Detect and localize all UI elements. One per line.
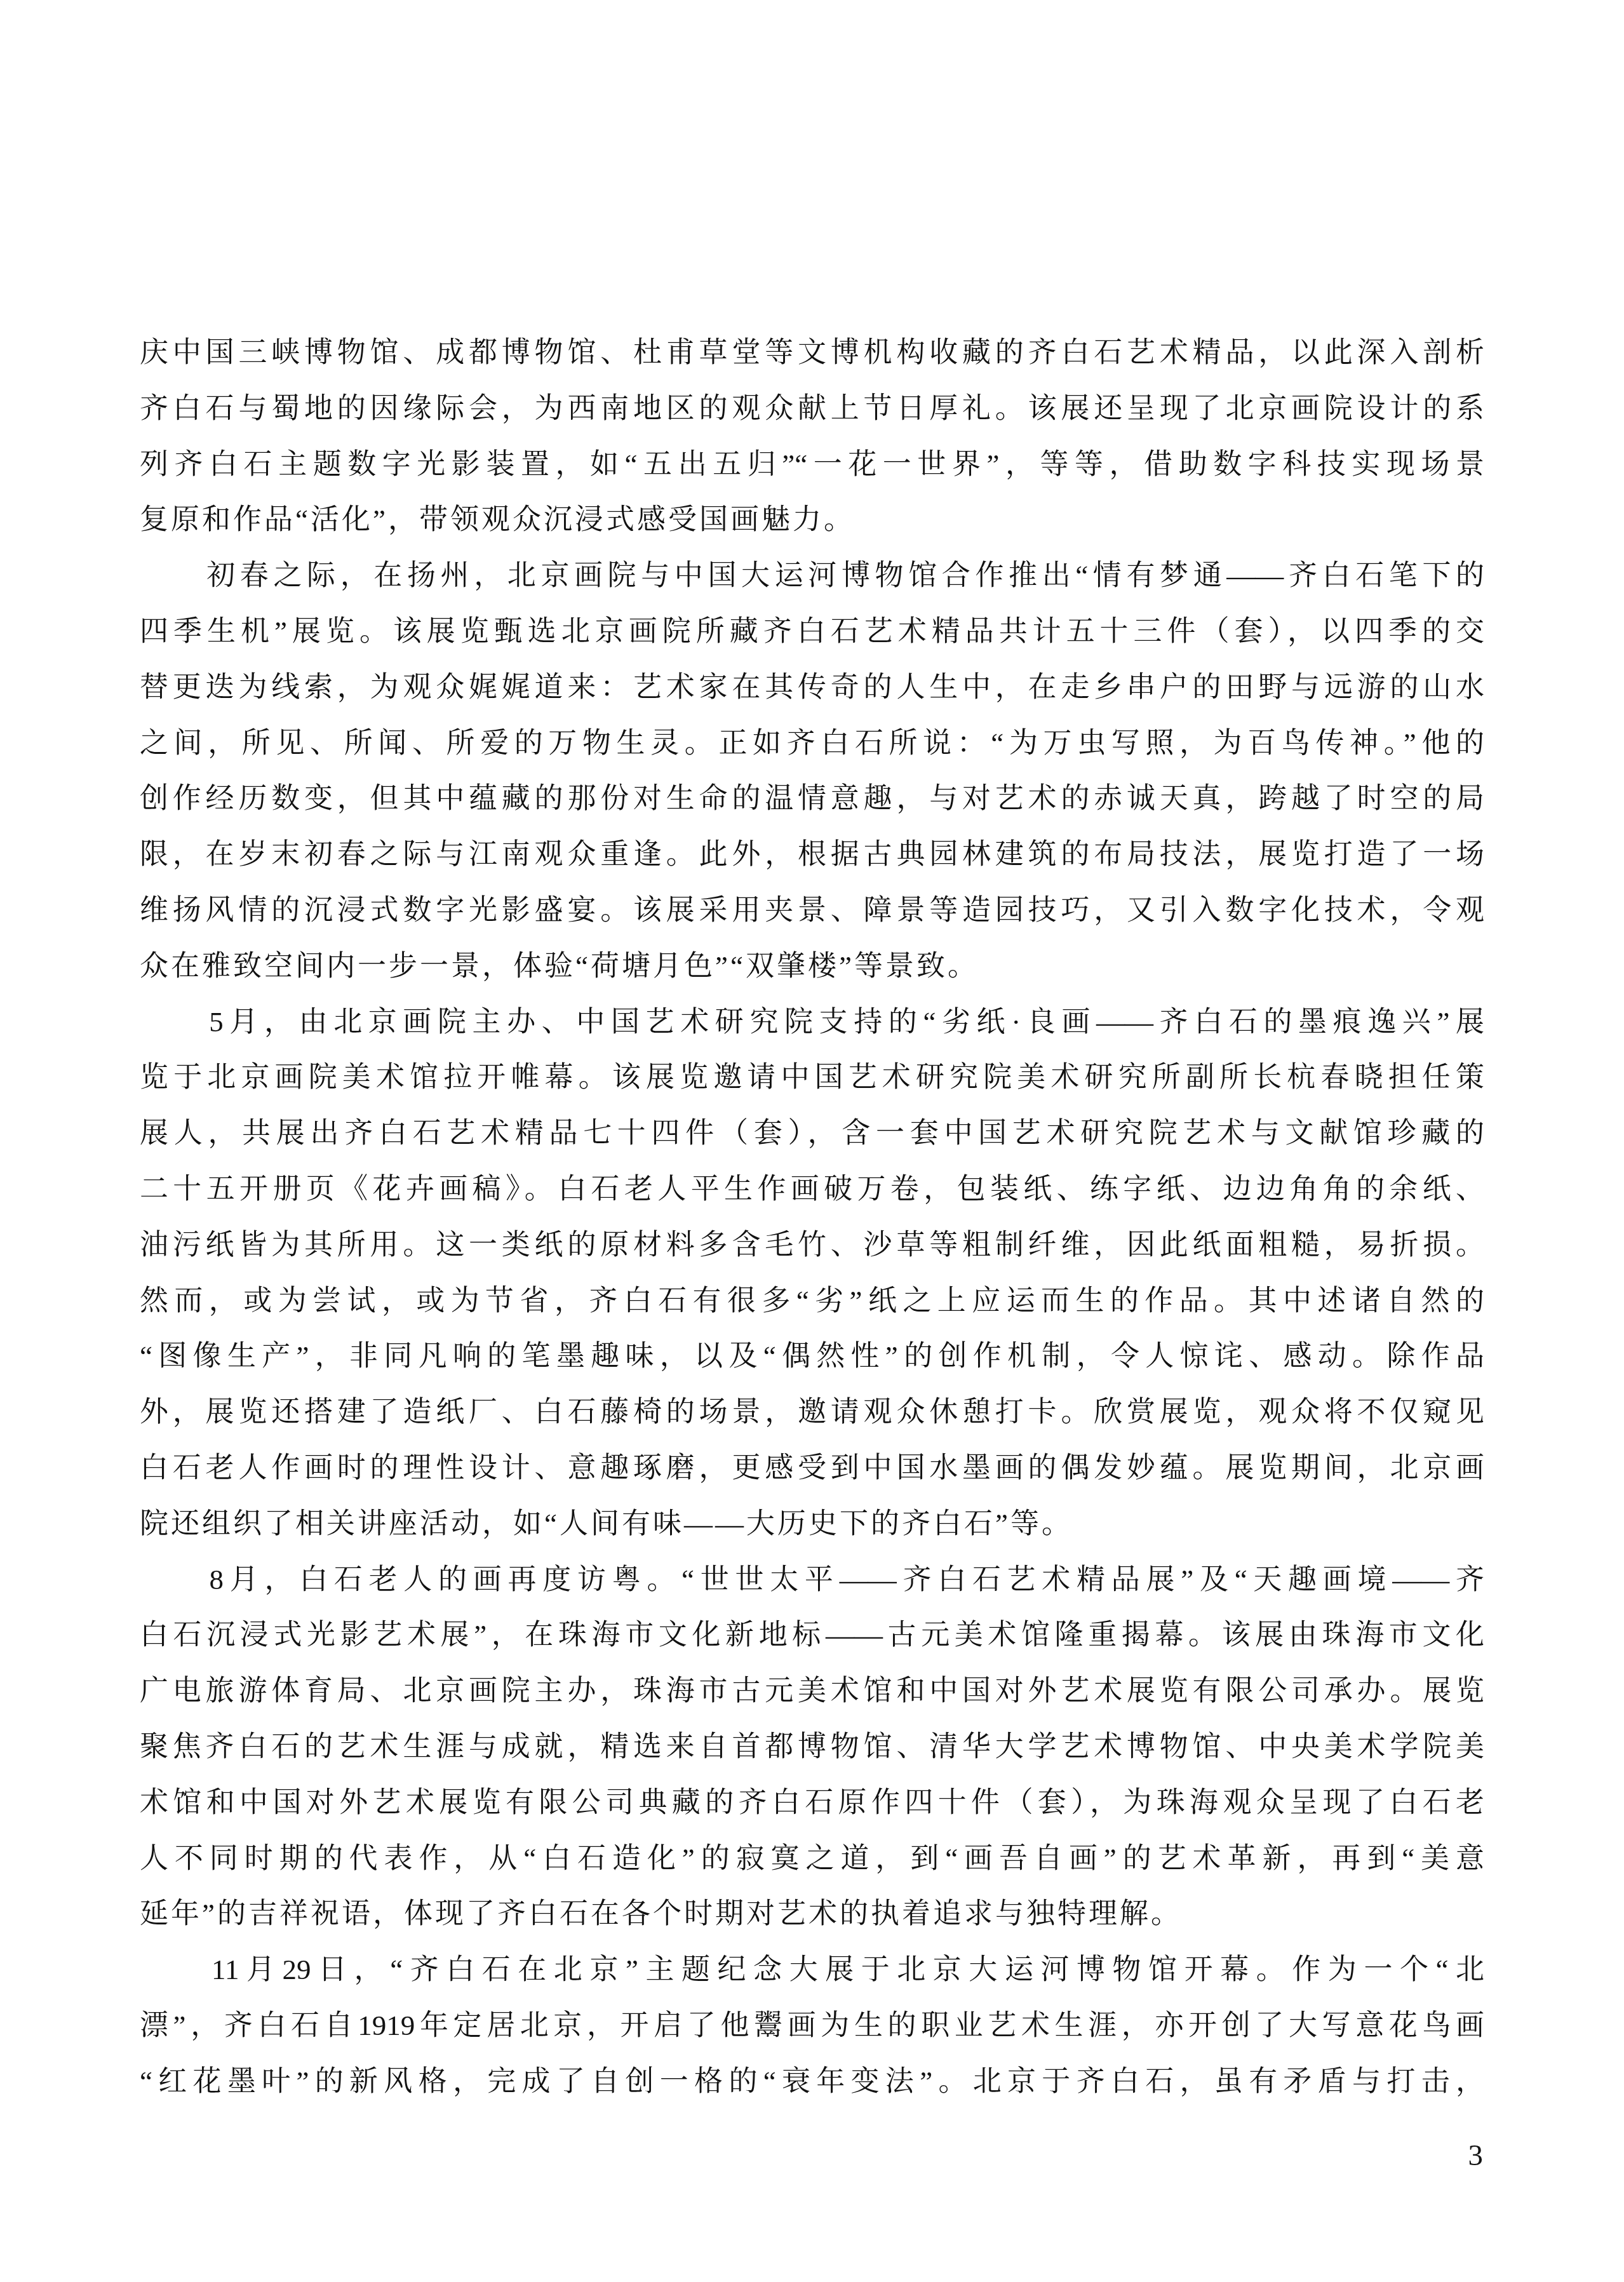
document-page: 庆中国三峡博物馆、成都博物馆、杜甫草堂等文博机构收藏的齐白石艺术精品，以此深入剖…	[0, 0, 1624, 2282]
text-line: 聚焦齐白石的艺术生涯与成就，精选来自首都博物馆、清华大学艺术博物馆、中央美术学院…	[140, 1719, 1484, 1775]
text-line: 油污纸皆为其所用。这一类纸的原材料多含毛竹、沙草等粗制纤维，因此纸面粗糙，易折损…	[140, 1218, 1484, 1273]
text-line: 漂”，齐白石自1919年定居北京，开启了他鬻画为生的职业艺术生涯，亦开创了大写意…	[140, 1998, 1484, 2054]
text-line: 四季生机”展览。该展览甄选北京画院所藏齐白石艺术精品共计五十三件（套），以四季的…	[140, 604, 1484, 660]
text-line: 展人，共展出齐白石艺术精品七十四件（套），含一套中国艺术研究院艺术与文献馆珍藏的	[140, 1106, 1484, 1162]
text-line: 然而，或为尝试，或为节省，齐白石有很多“劣”纸之上应运而生的作品。其中述诸自然的	[140, 1273, 1484, 1329]
text-line: 览于北京画院美术馆拉开帷幕。该展览邀请中国艺术研究院美术研究所副所长杭春晓担任策	[140, 1050, 1484, 1106]
text-line: 齐白石与蜀地的因缘际会，为西南地区的观众献上节日厚礼。该展还呈现了北京画院设计的…	[140, 381, 1484, 437]
text-line: 术馆和中国对外艺术展览有限公司典藏的齐白石原作四十件（套），为珠海观众呈现了白石…	[140, 1775, 1484, 1831]
text-line: “图像生产”，非同凡响的笔墨趣味，以及“偶然性”的创作机制，令人惊诧、感动。除作…	[140, 1329, 1484, 1385]
text-line: 初春之际，在扬州，北京画院与中国大运河博物馆合作推出“情有梦通——齐白石笔下的	[140, 548, 1484, 604]
text-line: 院还组织了相关讲座活动，如“人间有味——大历史下的齐白石”等。	[140, 1496, 1484, 1552]
text-line: 8月，白石老人的画再度访粤。“世世太平——齐白石艺术精品展”及“天趣画境——齐	[140, 1552, 1484, 1608]
paragraph: 庆中国三峡博物馆、成都博物馆、杜甫草堂等文博机构收藏的齐白石艺术精品，以此深入剖…	[140, 325, 1484, 548]
text-line: 列齐白石主题数字光影装置，如“五出五归”“一花一世界”，等等，借助数字科技实现场…	[140, 437, 1484, 493]
text-line: 复原和作品“活化”，带领观众沉浸式感受国画魅力。	[140, 492, 1484, 548]
text-line: 限，在岁末初春之际与江南观众重逢。此外，根据古典园林建筑的布局技法，展览打造了一…	[140, 827, 1484, 883]
page-number: 3	[1468, 2139, 1484, 2172]
text-line: 众在雅致空间内一步一景，体验“荷塘月色”“双肇楼”等景致。	[140, 939, 1484, 995]
text-line: 二十五开册页《花卉画稿》。白石老人平生作画破万卷，包装纸、练字纸、边边角角的余纸…	[140, 1162, 1484, 1218]
text-line: 延年”的吉祥祝语，体现了齐白石在各个时期对艺术的执着追求与独特理解。	[140, 1886, 1484, 1942]
text-line: 广电旅游体育局、北京画院主办，珠海市古元美术馆和中国对外艺术展览有限公司承办。展…	[140, 1663, 1484, 1719]
text-line: 外，展览还搭建了造纸厂、白石藤椅的场景，邀请观众休憩打卡。欣赏展览，观众将不仅窥…	[140, 1385, 1484, 1440]
text-line: 之间，所见、所闻、所爱的万物生灵。正如齐白石所说：“为万虫写照，为百鸟传神。”他…	[140, 716, 1484, 772]
paragraph: 11月29日，“齐白石在北京”主题纪念大展于北京大运河博物馆开幕。作为一个“北漂…	[140, 1942, 1484, 2109]
text-line: 替更迭为线索，为观众娓娓道来：艺术家在其传奇的人生中，在走乡串户的田野与远游的山…	[140, 660, 1484, 716]
text-line: 创作经历数变，但其中蕴藏的那份对生命的温情意趣，与对艺术的赤诚天真，跨越了时空的…	[140, 771, 1484, 827]
paragraph: 5月，由北京画院主办、中国艺术研究院支持的“劣纸·良画——齐白石的墨痕逸兴”展览…	[140, 995, 1484, 1552]
text-line: 庆中国三峡博物馆、成都博物馆、杜甫草堂等文博机构收藏的齐白石艺术精品，以此深入剖…	[140, 325, 1484, 381]
text-line: “红花墨叶”的新风格，完成了自创一格的“衰年变法”。北京于齐白石，虽有矛盾与打击…	[140, 2054, 1484, 2110]
paragraph: 初春之际，在扬州，北京画院与中国大运河博物馆合作推出“情有梦通——齐白石笔下的四…	[140, 548, 1484, 994]
text-line: 人不同时期的代表作，从“白石造化”的寂寞之道，到“画吾自画”的艺术革新，再到“美…	[140, 1831, 1484, 1887]
text-line: 维扬风情的沉浸式数字光影盛宴。该展采用夹景、障景等造园技巧，又引入数字化技术，令…	[140, 883, 1484, 939]
paragraph: 8月，白石老人的画再度访粤。“世世太平——齐白石艺术精品展”及“天趣画境——齐白…	[140, 1552, 1484, 1943]
text-line: 白石老人作画时的理性设计、意趣琢磨，更感受到中国水墨画的偶发妙蕴。展览期间，北京…	[140, 1440, 1484, 1496]
text-line: 11月29日，“齐白石在北京”主题纪念大展于北京大运河博物馆开幕。作为一个“北	[140, 1942, 1484, 1998]
text-line: 白石沉浸式光影艺术展”，在珠海市文化新地标——古元美术馆隆重揭幕。该展由珠海市文…	[140, 1607, 1484, 1663]
text-body: 庆中国三峡博物馆、成都博物馆、杜甫草堂等文博机构收藏的齐白石艺术精品，以此深入剖…	[140, 325, 1484, 2110]
text-line: 5月，由北京画院主办、中国艺术研究院支持的“劣纸·良画——齐白石的墨痕逸兴”展	[140, 995, 1484, 1050]
